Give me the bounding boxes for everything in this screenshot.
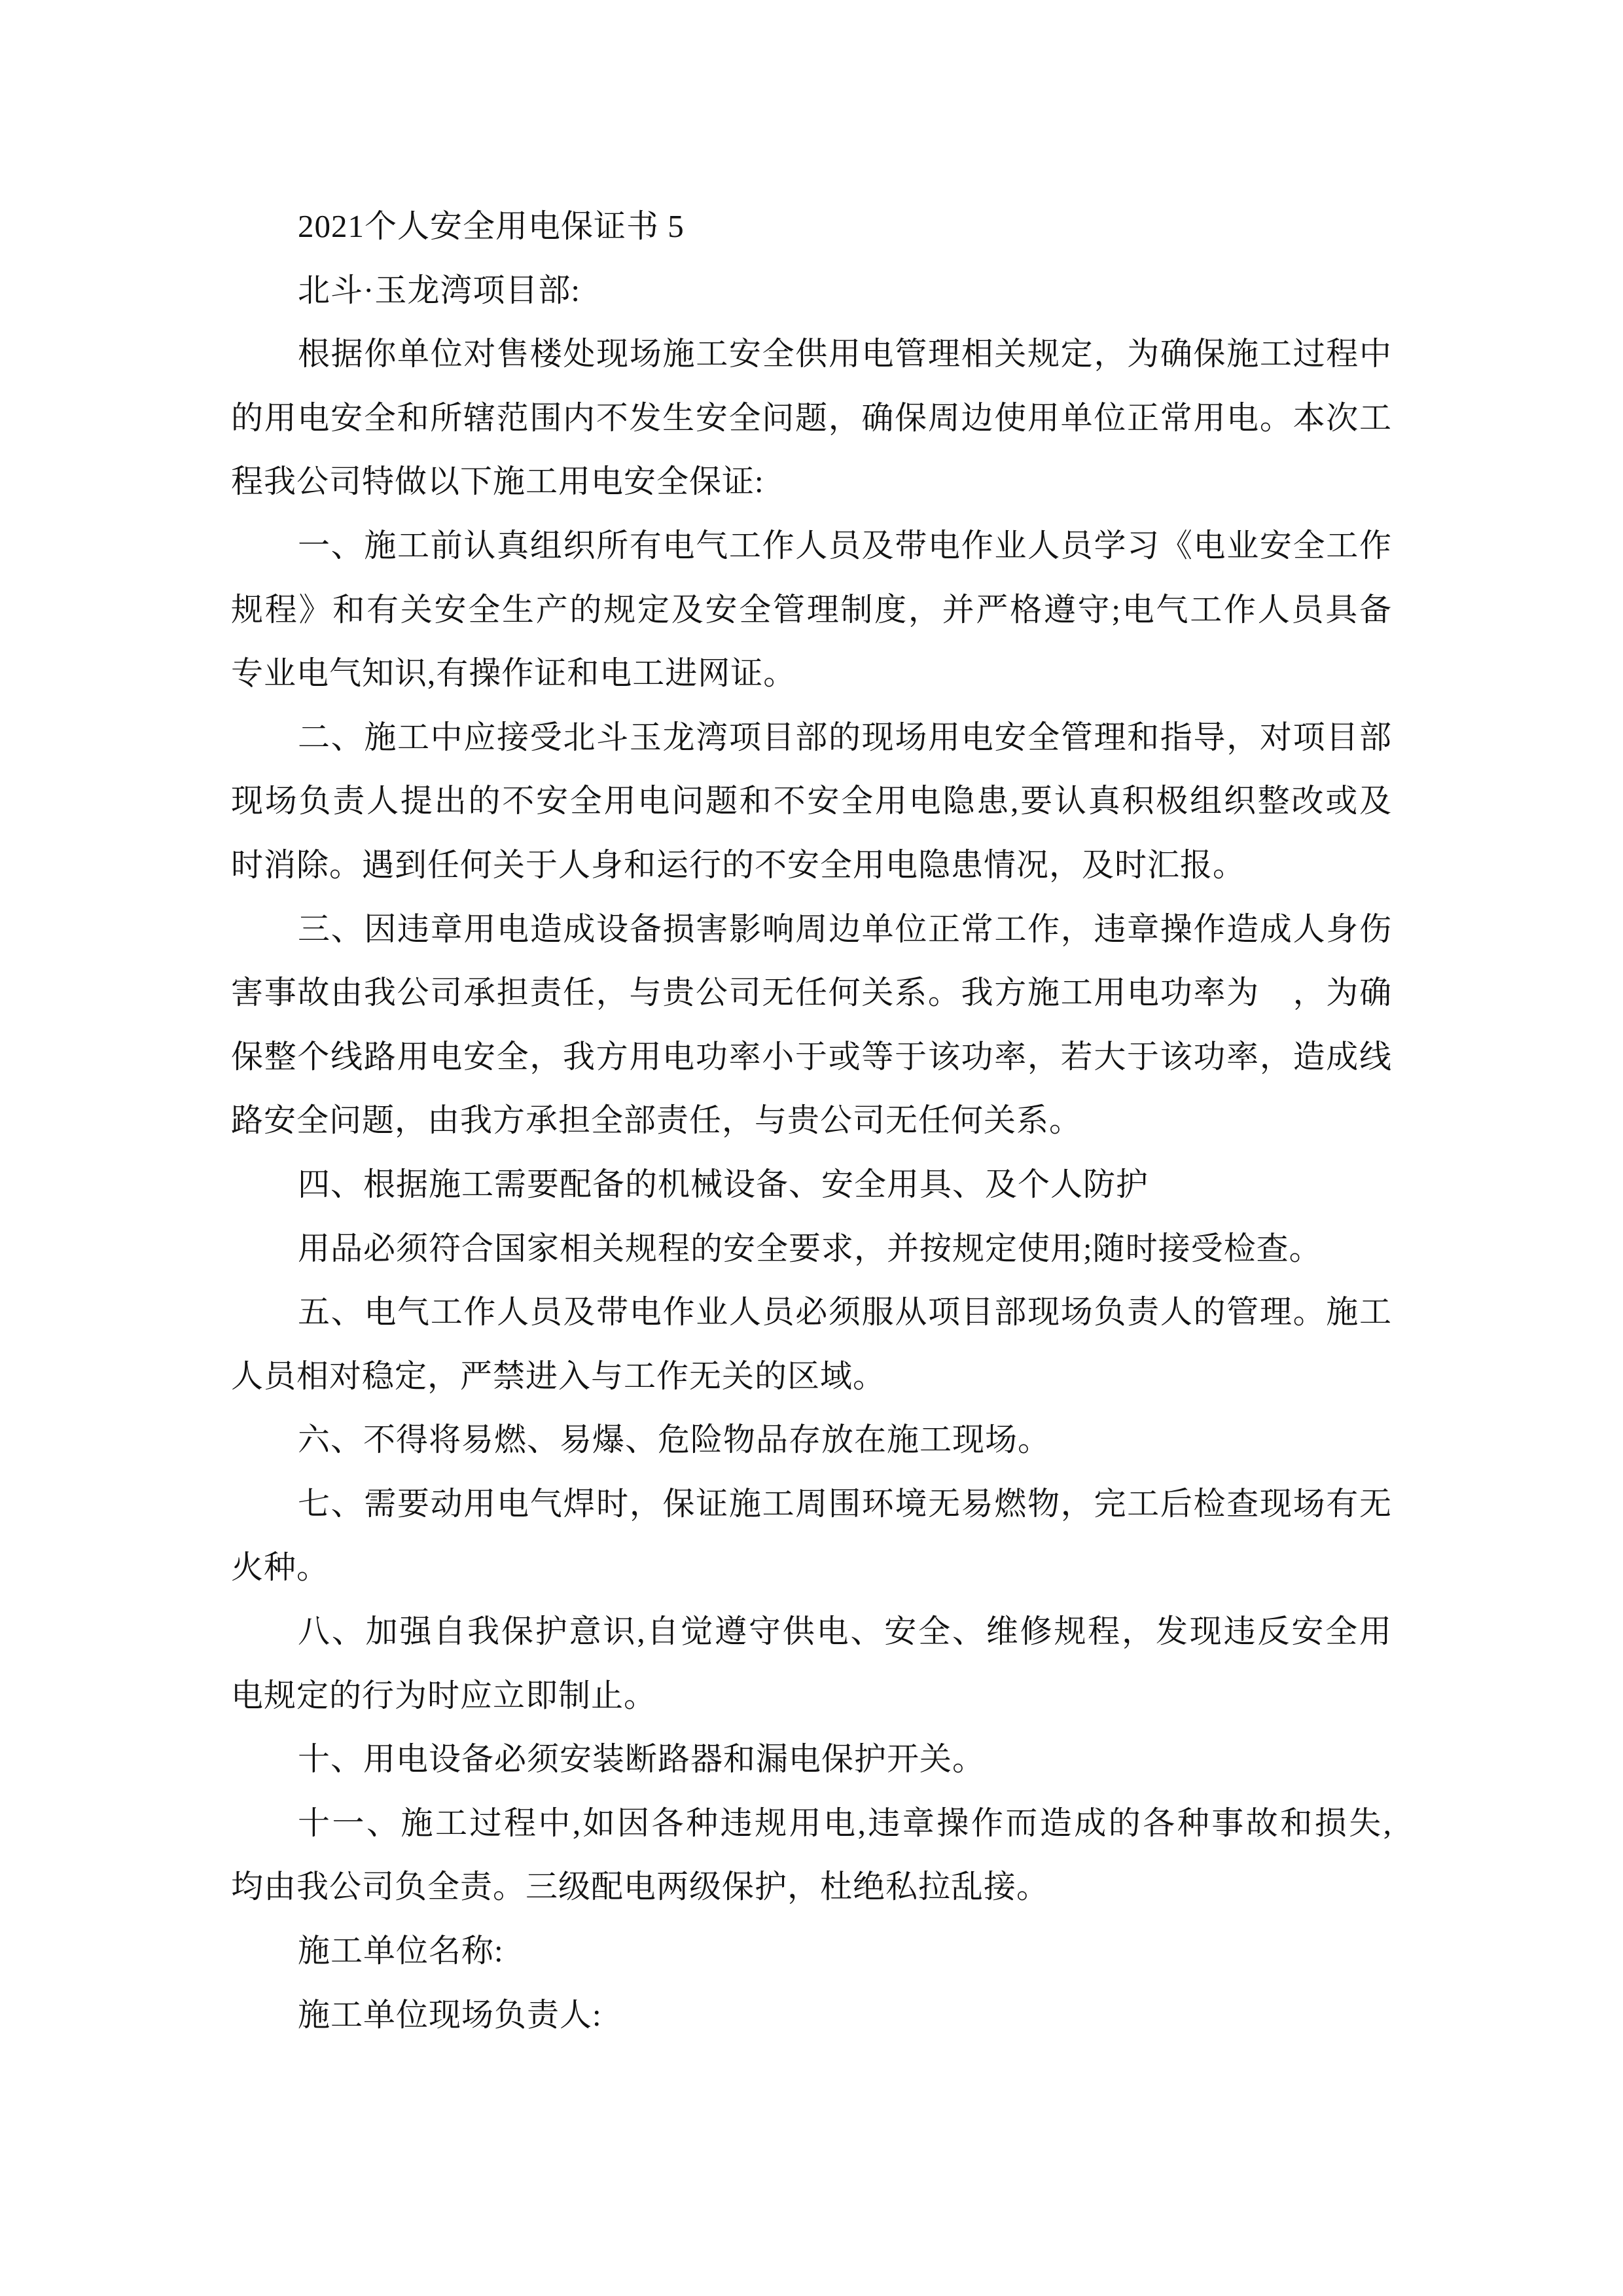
text-line: 四、根据施工需要配备的机械设备、安全用具、及个人防护 (231, 1153, 1392, 1217)
text-line: 路安全问题，由我方承担全部责任，与贵公司无任何关系。 (231, 1088, 1392, 1153)
text-line: 十一、施工过程中,如因各种违规用电,违章操作而造成的各种事故和损失, (231, 1791, 1392, 1856)
text-line: 程我公司特做以下施工用电安全保证: (231, 450, 1392, 514)
document-body: 2021个人安全用电保证书 5北斗·玉龙湾项目部:根据你单位对售楼处现场施工安全… (231, 194, 1392, 2047)
text-line: 火种。 (231, 1535, 1392, 1600)
document-page: 2021个人安全用电保证书 5北斗·玉龙湾项目部:根据你单位对售楼处现场施工安全… (0, 0, 1623, 2296)
text-line: 保整个线路用电安全，我方用电功率小于或等于该功率，若大于该功率，造成线 (231, 1025, 1392, 1089)
text-line: 一、施工前认真组织所有电气工作人员及带电作业人员学习《电业安全工作 (231, 514, 1392, 578)
text-line: 专业电气知识,有操作证和电工进网证。 (231, 641, 1392, 706)
text-line: 现场负责人提出的不安全用电问题和不安全用电隐患,要认真积极组织整改或及 (231, 769, 1392, 833)
text-line: 二、施工中应接受北斗玉龙湾项目部的现场用电安全管理和指导，对项目部 (231, 706, 1392, 770)
text-line: 的用电安全和所辖范围内不发生安全问题，确保周边使用单位正常用电。本次工 (231, 386, 1392, 450)
text-line: 规程》和有关安全生产的规定及安全管理制度，并严格遵守;电气工作人员具备 (231, 578, 1392, 642)
text-line: 均由我公司负全责。三级配电两级保护，杜绝私拉乱接。 (231, 1855, 1392, 1919)
text-line: 人员相对稳定，严禁进入与工作无关的区域。 (231, 1344, 1392, 1408)
text-line: 七、需要动用电气焊时，保证施工周围环境无易燃物，完工后检查现场有无 (231, 1472, 1392, 1536)
text-line: 根据你单位对售楼处现场施工安全供用电管理相关规定，为确保施工过程中 (231, 322, 1392, 386)
text-line: 八、加强自我保护意识,自觉遵守供电、安全、维修规程，发现违反安全用 (231, 1600, 1392, 1664)
text-line: 害事故由我公司承担责任，与贵公司无任何关系。我方施工用电功率为 ，为确 (231, 961, 1392, 1025)
text-line: 用品必须符合国家相关规程的安全要求，并按规定使用;随时接受检查。 (231, 1217, 1392, 1281)
text-line: 电规定的行为时应立即制止。 (231, 1664, 1392, 1728)
text-line: 北斗·玉龙湾项目部: (231, 259, 1392, 323)
text-line: 十、用电设备必须安装断路器和漏电保护开关。 (231, 1727, 1392, 1791)
document-title: 2021个人安全用电保证书 5 (231, 194, 1392, 259)
text-line: 施工单位名称: (231, 1919, 1392, 1983)
text-line: 施工单位现场负责人: (231, 1983, 1392, 2047)
text-line: 三、因违章用电造成设备损害影响周边单位正常工作，违章操作造成人身伤 (231, 897, 1392, 961)
text-line: 五、电气工作人员及带电作业人员必须服从项目部现场负责人的管理。施工 (231, 1280, 1392, 1344)
text-line: 时消除。遇到任何关于人身和运行的不安全用电隐患情况，及时汇报。 (231, 833, 1392, 897)
text-line: 六、不得将易燃、易爆、危险物品存放在施工现场。 (231, 1408, 1392, 1472)
